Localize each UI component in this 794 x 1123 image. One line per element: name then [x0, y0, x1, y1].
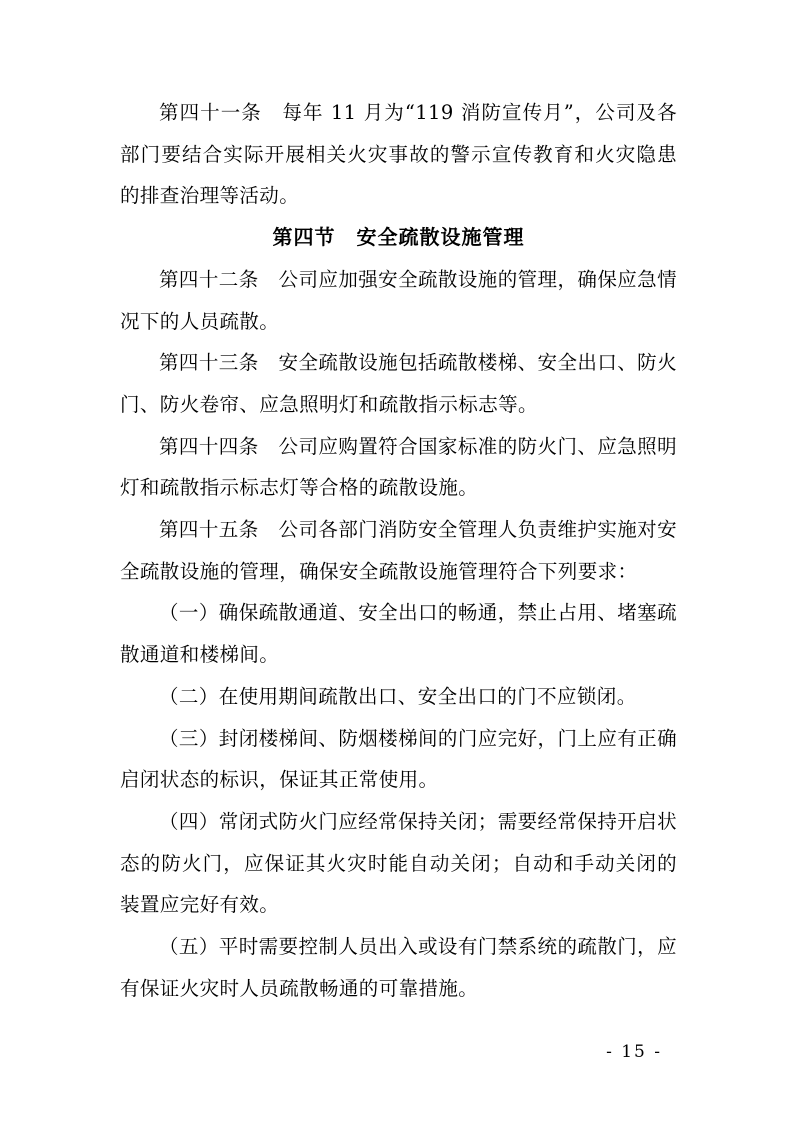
paragraph: （二）在使用期间疏散出口、安全出口的门不应锁闭。	[120, 676, 677, 718]
paragraph: 第四十一条 每年 11 月为“119 消防宣传月”，公司及各部门要结合实际开展相…	[120, 92, 677, 217]
section-heading: 第四节 安全疏散设施管理	[120, 217, 677, 259]
document-body: 第四十一条 每年 11 月为“119 消防宣传月”，公司及各部门要结合实际开展相…	[120, 92, 677, 1009]
page-number: - 15 -	[606, 1040, 662, 1064]
paragraph: 第四十二条 公司应加强安全疏散设施的管理，确保应急情况下的人员疏散。	[120, 259, 677, 342]
paragraph: （一）确保疏散通道、安全出口的畅通，禁止占用、堵塞疏散通道和楼梯间。	[120, 592, 677, 675]
paragraph: 第四十三条 安全疏散设施包括疏散楼梯、安全出口、防火门、防火卷帘、应急照明灯和疏…	[120, 342, 677, 425]
paragraph: （三）封闭楼梯间、防烟楼梯间的门应完好，门上应有正确启闭状态的标识，保证其正常使…	[120, 718, 677, 801]
paragraph: （五）平时需要控制人员出入或设有门禁系统的疏散门，应有保证火灾时人员疏散畅通的可…	[120, 926, 677, 1009]
paragraph: （四）常闭式防火门应经常保持关闭；需要经常保持开启状态的防火门，应保证其火灾时能…	[120, 801, 677, 926]
paragraph: 第四十四条 公司应购置符合国家标准的防火门、应急照明灯和疏散指示标志灯等合格的疏…	[120, 426, 677, 509]
document-page: 第四十一条 每年 11 月为“119 消防宣传月”，公司及各部门要结合实际开展相…	[0, 0, 794, 1123]
paragraph: 第四十五条 公司各部门消防安全管理人负责维护实施对安全疏散设施的管理，确保安全疏…	[120, 509, 677, 592]
